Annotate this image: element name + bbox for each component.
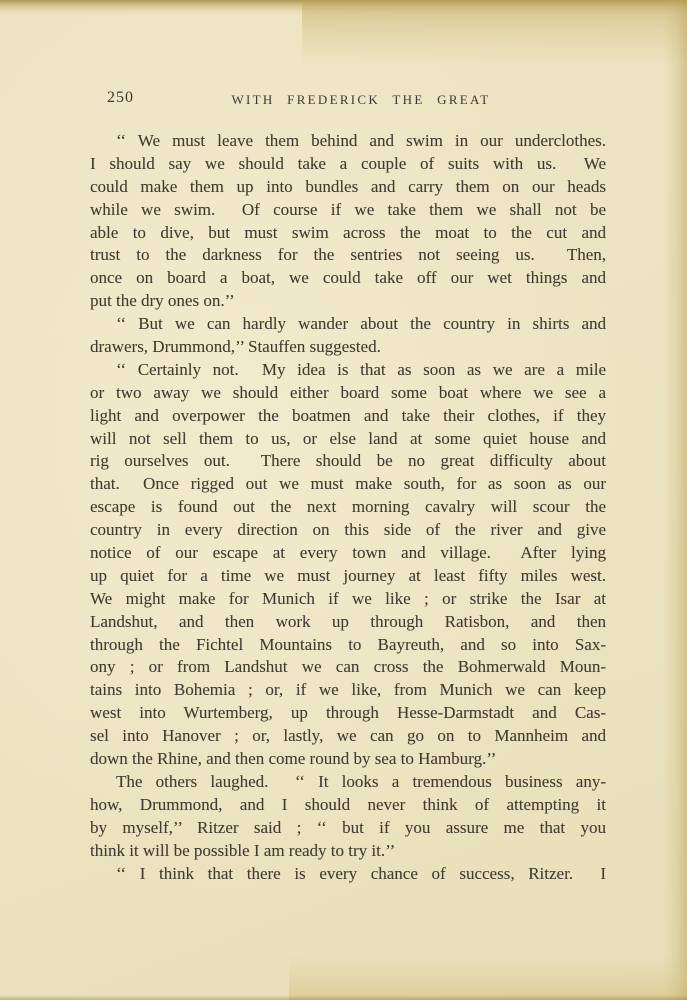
page-bottom-edge-shading bbox=[0, 995, 687, 1000]
text-line: able to dive, but must swim across the m… bbox=[90, 222, 606, 245]
text-line: escape is found out the next morning cav… bbox=[90, 496, 606, 519]
text-line: country in every direction on this side … bbox=[90, 519, 606, 542]
text-line: rig ourselves out. There should be no gr… bbox=[90, 450, 606, 473]
text-line: while we swim. Of course if we take them… bbox=[90, 199, 606, 222]
text-line: ‘‘ We must leave them behind and swim in… bbox=[90, 130, 606, 153]
text-line: down the Rhine, and then come round by s… bbox=[90, 748, 606, 771]
text-line: up quiet for a time we must journey at l… bbox=[90, 565, 606, 588]
text-line: notice of our escape at every town and v… bbox=[90, 542, 606, 565]
text-line: We might make for Munich if we like ; or… bbox=[90, 588, 606, 611]
text-line: west into Wurtemberg, up through Hesse-D… bbox=[90, 702, 606, 725]
page-top-shading bbox=[0, 0, 687, 15]
text-line: how, Drummond, and I should never think … bbox=[90, 794, 606, 817]
text-line: trust to the darkness for the sentries n… bbox=[90, 244, 606, 267]
text-line: could make them up into bundles and carr… bbox=[90, 176, 606, 199]
book-page: 250 WITH FREDERICK THE GREAT ‘‘ We must … bbox=[0, 0, 687, 1000]
page-bottom-right-shading bbox=[289, 954, 687, 1000]
text-line: sel into Hanover ; or, lastly, we can go… bbox=[90, 725, 606, 748]
text-line: I should say we should take a couple of … bbox=[90, 153, 606, 176]
text-line: ‘‘ Certainly not. My idea is that as soo… bbox=[90, 359, 606, 382]
text-line: ony ; or from Landshut we can cross the … bbox=[90, 656, 606, 679]
page-top-right-shading bbox=[302, 0, 687, 66]
text-line: Landshut, and then work up through Ratis… bbox=[90, 611, 606, 634]
text-line: once on board a boat, we could take off … bbox=[90, 267, 606, 290]
running-title: WITH FREDERICK THE GREAT bbox=[90, 92, 606, 108]
text-line: or two away we should either board some … bbox=[90, 382, 606, 405]
page-body: ‘‘ We must leave them behind and swim in… bbox=[90, 130, 606, 885]
text-line: that. Once rigged out we must make south… bbox=[90, 473, 606, 496]
text-line: The others laughed. ‘‘ It looks a tremen… bbox=[90, 771, 606, 794]
text-line: think it will be possible I am ready to … bbox=[90, 840, 606, 863]
text-line: by myself,’’ Ritzer said ; ‘‘ but if you… bbox=[90, 817, 606, 840]
text-line: through the Fichtel Mountains to Bayreut… bbox=[90, 634, 606, 657]
text-line: light and overpower the boatmen and take… bbox=[90, 405, 606, 428]
text-line: ‘‘ I think that there is every chance of… bbox=[90, 863, 606, 886]
text-line: ‘‘ But we can hardly wander about the co… bbox=[90, 313, 606, 336]
text-line: tains into Bohemia ; or, if we like, fro… bbox=[90, 679, 606, 702]
text-line: put the dry ones on.’’ bbox=[90, 290, 606, 313]
text-line: will not sell them to us, or else land a… bbox=[90, 428, 606, 451]
text-line: drawers, Drummond,’’ Stauffen suggested. bbox=[90, 336, 606, 359]
page-header: 250 WITH FREDERICK THE GREAT bbox=[90, 89, 606, 111]
page-right-edge-shading bbox=[663, 0, 687, 1000]
